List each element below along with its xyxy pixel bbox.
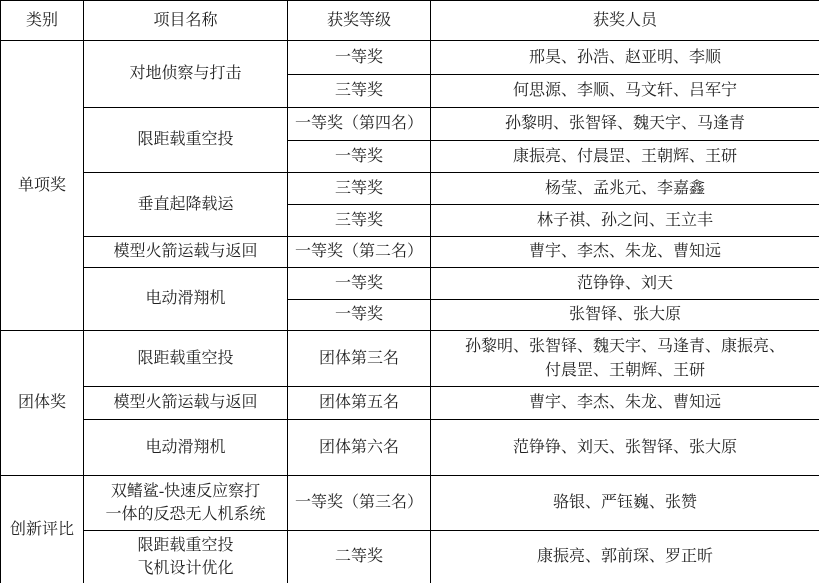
header-level: 获奖等级: [288, 1, 431, 41]
level-cell: 团体第五名: [288, 387, 431, 420]
category-cell-individual: 单项奖: [1, 41, 84, 331]
table-row: 电动滑翔机 团体第六名 范铮铮、刘天、张智铎、张大原: [1, 420, 819, 476]
table-row: 单项奖 对地侦察与打击 一等奖 邢昊、孙浩、赵亚明、李顺: [1, 41, 819, 75]
level-cell: 一等奖: [288, 268, 431, 300]
personnel-cell: 林子祺、孙之问、王立丰: [431, 205, 819, 237]
personnel-cell: 孙黎明、张智铎、魏天宇、马逢青: [431, 108, 819, 141]
project-cell: 双鳍鲨-快速反应察打 一体的反恐无人机系统: [84, 476, 288, 531]
project-cell: 限距载重空投: [84, 108, 288, 173]
personnel-cell: 康振亮、郭前琛、罗正昕: [431, 531, 819, 583]
project-cell: 模型火箭运载与返回: [84, 387, 288, 420]
personnel-cell: 曹宇、李杰、朱龙、曹知远: [431, 387, 819, 420]
level-cell: 一等奖: [288, 41, 431, 75]
level-cell: 二等奖: [288, 531, 431, 583]
project-cell: 模型火箭运载与返回: [84, 237, 288, 268]
level-cell: 三等奖: [288, 205, 431, 237]
header-project: 项目名称: [84, 1, 288, 41]
level-cell: 一等奖（第二名）: [288, 237, 431, 268]
table-row: 团体奖 限距载重空投 团体第三名 孙黎明、张智铎、魏天宇、马逢青、康振亮、 付晨…: [1, 331, 819, 387]
project-cell: 电动滑翔机: [84, 420, 288, 476]
project-cell: 垂直起降载运: [84, 173, 288, 237]
level-cell: 一等奖: [288, 300, 431, 331]
personnel-cell: 骆银、严钰巍、张赞: [431, 476, 819, 531]
category-cell-innovation: 创新评比: [1, 476, 84, 583]
personnel-cell: 孙黎明、张智铎、魏天宇、马逢青、康振亮、 付晨罡、王朝辉、王研: [431, 331, 819, 387]
project-cell: 限距载重空投: [84, 331, 288, 387]
level-cell: 一等奖（第三名）: [288, 476, 431, 531]
level-cell: 三等奖: [288, 173, 431, 205]
table-row: 模型火箭运载与返回 一等奖（第二名） 曹宇、李杰、朱龙、曹知远: [1, 237, 819, 268]
table-row: 模型火箭运载与返回 团体第五名 曹宇、李杰、朱龙、曹知远: [1, 387, 819, 420]
personnel-cell: 范铮铮、刘天: [431, 268, 819, 300]
header-row: 类别 项目名称 获奖等级 获奖人员: [1, 1, 819, 41]
project-cell: 限距载重空投 飞机设计优化: [84, 531, 288, 583]
level-cell: 三等奖: [288, 75, 431, 108]
project-cell: 电动滑翔机: [84, 268, 288, 331]
personnel-cell: 康振亮、付晨罡、王朝辉、王研: [431, 141, 819, 173]
project-cell: 对地侦察与打击: [84, 41, 288, 108]
table-row: 限距载重空投 飞机设计优化 二等奖 康振亮、郭前琛、罗正昕: [1, 531, 819, 583]
personnel-cell: 范铮铮、刘天、张智铎、张大原: [431, 420, 819, 476]
level-cell: 一等奖: [288, 141, 431, 173]
level-cell: 一等奖（第四名）: [288, 108, 431, 141]
personnel-cell: 何思源、李顺、马文轩、吕军宁: [431, 75, 819, 108]
table-row: 限距载重空投 一等奖（第四名） 孙黎明、张智铎、魏天宇、马逢青: [1, 108, 819, 141]
personnel-cell: 曹宇、李杰、朱龙、曹知远: [431, 237, 819, 268]
awards-table: 类别 项目名称 获奖等级 获奖人员 单项奖 对地侦察与打击 一等奖 邢昊、孙浩、…: [0, 0, 819, 583]
level-cell: 团体第六名: [288, 420, 431, 476]
table-row: 垂直起降载运 三等奖 杨莹、孟兆元、李嘉鑫: [1, 173, 819, 205]
personnel-cell: 邢昊、孙浩、赵亚明、李顺: [431, 41, 819, 75]
table-row: 创新评比 双鳍鲨-快速反应察打 一体的反恐无人机系统 一等奖（第三名） 骆银、严…: [1, 476, 819, 531]
category-cell-team: 团体奖: [1, 331, 84, 476]
table-row: 电动滑翔机 一等奖 范铮铮、刘天: [1, 268, 819, 300]
header-personnel: 获奖人员: [431, 1, 819, 41]
header-category: 类别: [1, 1, 84, 41]
personnel-cell: 杨莹、孟兆元、李嘉鑫: [431, 173, 819, 205]
personnel-cell: 张智铎、张大原: [431, 300, 819, 331]
level-cell: 团体第三名: [288, 331, 431, 387]
